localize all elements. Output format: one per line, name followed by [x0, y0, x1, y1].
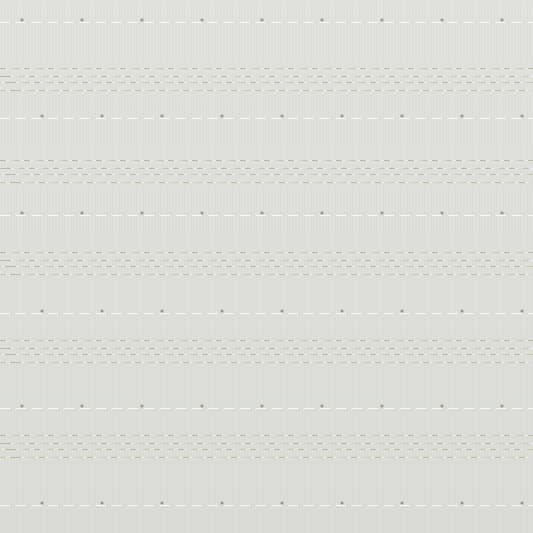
metallic-thread: [0, 274, 533, 275]
white-thread: [0, 408, 533, 409]
sequin: [280, 501, 284, 505]
sequin: [200, 404, 204, 408]
metallic-thread: [0, 340, 533, 341]
sequin: [200, 211, 204, 215]
sequin: [80, 18, 84, 22]
sequin: [140, 211, 144, 215]
sequin: [220, 501, 224, 505]
sequin: [380, 404, 384, 408]
sequin: [340, 114, 344, 118]
sequin: [400, 114, 404, 118]
sequin: [400, 501, 404, 505]
sequin: [460, 309, 464, 313]
sequin: [80, 404, 84, 408]
white-thread: [0, 215, 533, 216]
sequin: [160, 114, 164, 118]
sequin: [520, 114, 524, 118]
sequin: [380, 18, 384, 22]
metallic-thread: [0, 348, 533, 349]
sequin: [340, 309, 344, 313]
sequin: [320, 18, 324, 22]
sequin: [20, 404, 24, 408]
sequin: [340, 501, 344, 505]
sequin: [260, 404, 264, 408]
sequin: [280, 309, 284, 313]
white-thread: [0, 118, 533, 119]
metallic-thread: [0, 68, 533, 69]
sequin: [20, 18, 24, 22]
metallic-thread: [0, 457, 533, 458]
metallic-thread: [0, 82, 533, 83]
metallic-thread: [0, 260, 533, 261]
sequin: [400, 309, 404, 313]
sequin: [500, 211, 504, 215]
sequin: [460, 114, 464, 118]
metallic-thread: [0, 354, 533, 355]
sequin: [440, 404, 444, 408]
sequin: [520, 501, 524, 505]
metallic-thread: [0, 160, 533, 161]
sequin: [140, 404, 144, 408]
sequin: [440, 211, 444, 215]
metallic-thread: [0, 174, 533, 175]
fabric-texture: [0, 0, 533, 533]
sequin: [100, 501, 104, 505]
sequin: [460, 501, 464, 505]
white-thread: [0, 505, 533, 506]
sequin: [200, 18, 204, 22]
sequin: [320, 211, 324, 215]
sequin: [80, 211, 84, 215]
sequin: [40, 501, 44, 505]
sequin: [220, 309, 224, 313]
metallic-thread: [0, 76, 533, 77]
sequin: [160, 501, 164, 505]
sequin: [520, 309, 524, 313]
metallic-thread: [0, 449, 533, 450]
sequin: [260, 18, 264, 22]
sequin: [40, 114, 44, 118]
metallic-thread: [0, 182, 533, 183]
sequin: [220, 114, 224, 118]
sequin: [20, 211, 24, 215]
sequin: [320, 404, 324, 408]
metallic-thread: [0, 90, 533, 91]
sequin: [380, 211, 384, 215]
metallic-thread: [0, 435, 533, 436]
sequin: [100, 114, 104, 118]
sequin: [440, 18, 444, 22]
sequin: [140, 18, 144, 22]
metallic-thread: [0, 266, 533, 267]
sequin: [280, 114, 284, 118]
metallic-thread: [0, 362, 533, 363]
white-thread: [0, 313, 533, 314]
sequin: [160, 309, 164, 313]
metallic-thread: [0, 168, 533, 169]
sequin: [260, 211, 264, 215]
sequin: [100, 309, 104, 313]
sequin: [500, 18, 504, 22]
metallic-thread: [0, 252, 533, 253]
sequin: [40, 309, 44, 313]
metallic-thread: [0, 443, 533, 444]
white-thread: [0, 22, 533, 23]
sequin: [500, 404, 504, 408]
